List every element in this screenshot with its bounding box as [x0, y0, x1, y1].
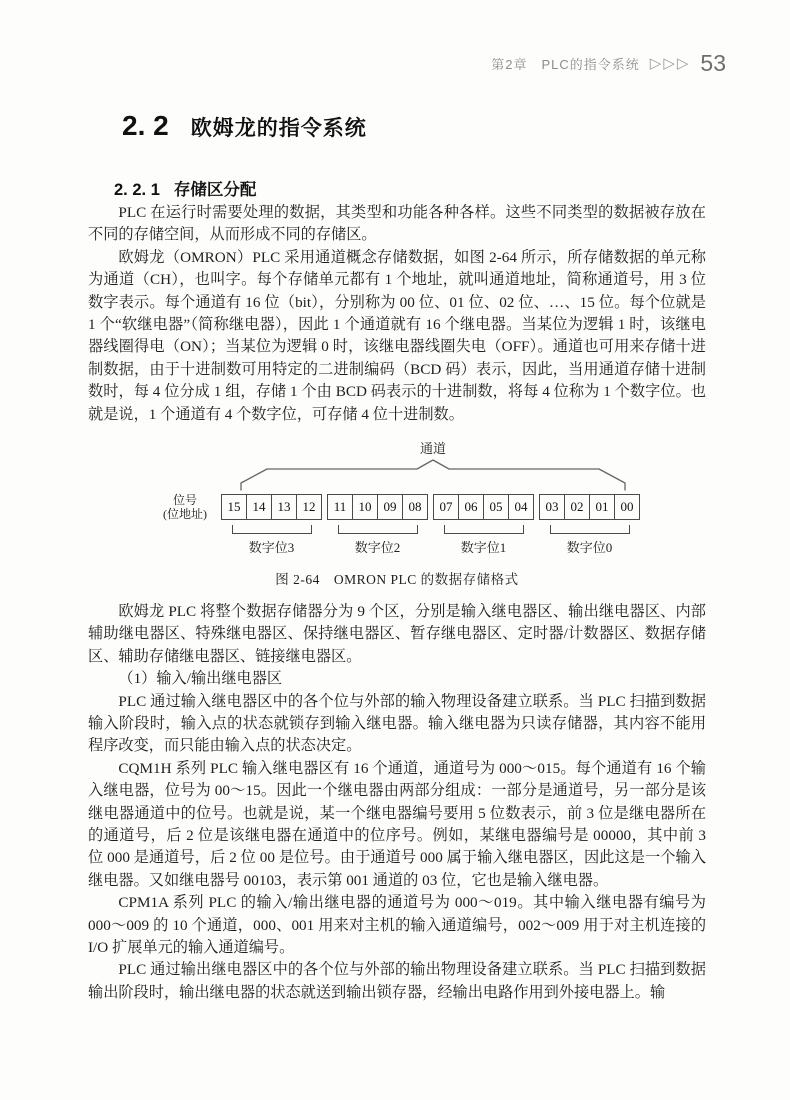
paragraph: PLC 在运行时需要处理的数据，其类型和功能各种各样。这些不同类型的数据被存放在… [88, 202, 706, 247]
digit-group: 数字位3 [221, 525, 322, 559]
bit-group-3: 15 14 13 12 [221, 494, 322, 520]
page-header: 第2章 PLC的指令系统 ▷▷▷ 53 [491, 52, 726, 75]
bit-cell: 04 [508, 494, 534, 520]
triple-arrow-icon: ▷▷▷ [650, 56, 691, 71]
figure-2-64: 通道 位号 (位地址) 15 14 13 [88, 441, 706, 592]
underbracket-icon [550, 525, 630, 534]
paragraph: CQM1H 系列 PLC 输入继电器区有 16 个通道，通道号为 000～015… [88, 758, 706, 892]
paragraph: CPM1A 系列 PLC 的输入/输出继电器的通道号为 000～019。其中输入… [88, 892, 706, 959]
bit-group-2: 11 10 09 08 [327, 494, 428, 520]
bit-cell: 13 [271, 494, 297, 520]
underbracket-icon [338, 525, 418, 534]
section-title: 欧姆龙的指令系统 [191, 112, 367, 142]
digit-group-label: 数字位1 [461, 537, 507, 559]
digit-group-label: 数字位0 [567, 537, 613, 559]
bit-cell: 03 [539, 494, 565, 520]
section-number: 2. 2 [122, 110, 169, 142]
digit-group: 数字位2 [327, 525, 428, 559]
paragraph: 欧姆龙（OMRON）PLC 采用通道概念存储数据，如图 2-64 所示，所存储数… [88, 247, 706, 426]
bit-cell: 10 [352, 494, 378, 520]
bit-cell: 14 [246, 494, 272, 520]
channel-label: 通道 [221, 441, 645, 456]
list-item-heading: （1）输入/输出继电器区 [88, 668, 706, 690]
book-page: 第2章 PLC的指令系统 ▷▷▷ 53 2. 2 欧姆龙的指令系统 2. 2. … [0, 0, 790, 1100]
subsection-heading: 2. 2. 1 存储区分配 [114, 176, 256, 200]
bit-cell: 08 [402, 494, 428, 520]
figure-diagram: 通道 位号 (位地址) 15 14 13 [149, 441, 645, 559]
section-heading: 2. 2 欧姆龙的指令系统 [122, 110, 367, 142]
bit-group-0: 03 02 01 00 [539, 494, 640, 520]
bit-cell: 07 [433, 494, 459, 520]
digit-group: 数字位1 [433, 525, 534, 559]
bit-cell: 06 [458, 494, 484, 520]
underbracket-icon [444, 525, 524, 534]
bit-cell: 11 [327, 494, 353, 520]
bit-cell: 05 [483, 494, 509, 520]
digit-group-label: 数字位3 [249, 537, 295, 559]
subsection-number: 2. 2. 1 [114, 181, 160, 200]
bit-address-label: 位号 (位地址) [149, 493, 221, 521]
bit-cell: 02 [564, 494, 590, 520]
bit-group-1: 07 06 05 04 [433, 494, 534, 520]
bit-label-line1: 位号 [149, 493, 221, 507]
paragraph: PLC 通过输出继电器区中的各个位与外部的输出物理设备建立联系。当 PLC 扫描… [88, 959, 706, 1004]
bit-row: 位号 (位地址) 15 14 13 12 11 10 09 [149, 493, 645, 521]
channel-brace-icon [221, 457, 645, 491]
digit-group-label: 数字位2 [355, 537, 401, 559]
figure-brace-area: 通道 [149, 441, 645, 491]
chapter-header-text: 第2章 PLC的指令系统 [491, 54, 640, 73]
bit-cell: 01 [589, 494, 615, 520]
subsection-title: 存储区分配 [174, 176, 257, 200]
digit-group: 数字位0 [539, 525, 640, 559]
bit-cell: 00 [614, 494, 640, 520]
body-text: PLC 在运行时需要处理的数据，其类型和功能各种各样。这些不同类型的数据被存放在… [88, 202, 706, 1004]
bit-cell: 12 [296, 494, 322, 520]
bit-cell: 15 [221, 494, 247, 520]
figure-caption: 图 2-64 OMRON PLC 的数据存储格式 [88, 569, 706, 591]
paragraph: 欧姆龙 PLC 将整个数据存储器分为 9 个区，分别是输入继电器区、输出继电器区… [88, 601, 706, 668]
bit-cell: 09 [377, 494, 403, 520]
bit-cells: 15 14 13 12 11 10 09 08 07 [221, 494, 640, 520]
digit-groups-row: 数字位3 数字位2 数字位1 数字位0 [149, 525, 645, 559]
bit-label-line2: (位地址) [149, 507, 221, 521]
page-number: 53 [700, 52, 726, 75]
paragraph: PLC 通过输入继电器区中的各个位与外部的输入物理设备建立联系。当 PLC 扫描… [88, 691, 706, 758]
underbracket-icon [232, 525, 312, 534]
